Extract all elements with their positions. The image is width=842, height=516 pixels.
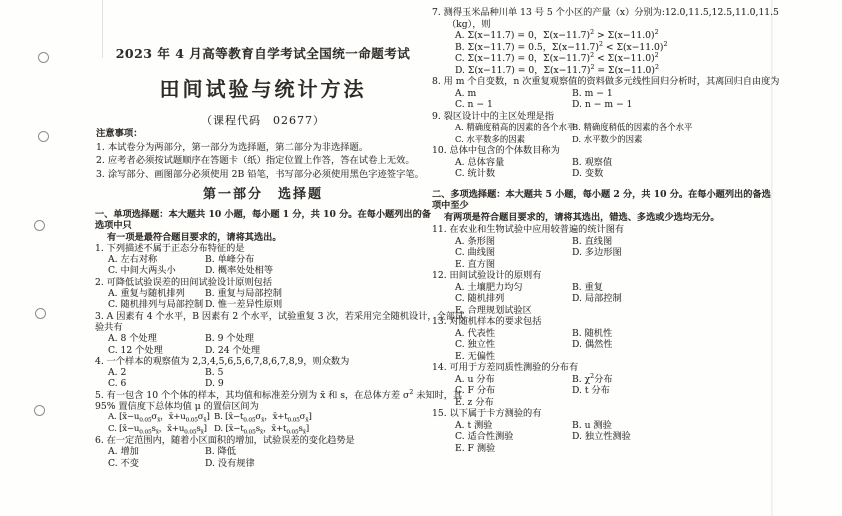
question-stem: 1. 下列描述不属于正态分布特征的是 <box>95 243 431 254</box>
option-list: A. 精确度稍高的因素的各个水平B. 精确度稍低的因素的各个水平C. 水平数多的… <box>432 122 773 145</box>
option-item: C. 曲线图 <box>455 247 572 259</box>
option-item: D. 多边形图 <box>572 247 773 259</box>
option-item: C. 不变 <box>108 458 205 469</box>
option-list: A. mB. m − 1C. n − 1D. n − m − 1 <box>432 88 773 111</box>
option-item: A. 代表性 <box>455 328 572 340</box>
binder-hole <box>38 131 49 142</box>
question-stem: 12. 田间试验设计的原则有 <box>432 270 773 282</box>
question-stem: 13. 对随机样本的要求包括 <box>432 316 773 328</box>
question-item: 3. A 因素有 4 个水平，B 因素有 2 个水平，试验重复 3 次，若采用完… <box>95 311 431 356</box>
option-list: A. 条形图B. 直线图C. 曲线图D. 多边形图E. 直方图 <box>432 236 773 271</box>
question-stem: 8. 用 m 个自变数，n 次重复观察值的资料做多元线性回归分析时，其离回归自由… <box>432 76 773 88</box>
question-stem: 14. 可用于方差同质性测验的分布有 <box>432 362 773 374</box>
option-item: C. 适合性测验 <box>455 431 572 443</box>
binder-hole <box>34 220 45 231</box>
option-item: A. 2 <box>108 367 205 378</box>
section-heading: 二、多项选择题：本大题共 5 小题，每小题 2 分，共 10 分。在每小题列出的… <box>432 189 773 224</box>
question-stem: （kg），则 <box>432 19 773 31</box>
option-item: D. 概率处处相等 <box>205 265 431 276</box>
option-item: A. 总体容量 <box>455 157 572 169</box>
option-list: A. 代表性B. 随机性C. 独立性D. 偶然性E. 无偏性 <box>432 328 773 363</box>
option-item: D. t 分布 <box>572 385 773 397</box>
question-stem: 验共有 <box>95 322 431 333</box>
option-item: B. 重复 <box>572 282 773 294</box>
question-item: 10. 总体中包含的个体数目称为A. 总体容量B. 观察值C. 统计数D. 变数 <box>432 145 773 180</box>
question-stem: 15. 以下属于卡方测验的有 <box>432 408 773 420</box>
question-item: 6. 在一定范围内，随着小区面积的增加，试验误差的变化趋势是A. 增加B. 降低… <box>95 435 431 469</box>
option-item: B. 重复与局部控制 <box>205 288 431 299</box>
option-item: D. n − m − 1 <box>572 99 773 111</box>
option-item: A. 条形图 <box>455 236 572 248</box>
option-item: A. m <box>455 88 572 100</box>
option-item: B. u 测验 <box>572 420 773 432</box>
section-heading-line: 有两项是符合题目要求的，请将其选出，错选、多选或少选均无分。 <box>432 212 773 224</box>
option-list: A. 8 个处理B. 9 个处理C. 12 个处理D. 24 个处理 <box>95 333 431 356</box>
option-item: D. 9 <box>205 378 431 389</box>
option-item: A. 8 个处理 <box>108 333 205 344</box>
option-item: C. 独立性 <box>455 339 572 351</box>
question-item: 11. 在农业和生物试验中应用较普遍的统计图有A. 条形图B. 直线图C. 曲线… <box>432 224 773 270</box>
option-item: A. [x̄−u0.05σx̄，x̄+u0.05σx̄] <box>108 412 214 423</box>
section-heading-line: 一、单项选择题：本大题共 10 小题，每小题 1 分，共 10 分。在每小题列出… <box>95 209 431 232</box>
option-item: B. Σ(x−11.7) = 0.5，Σ(x−11.7)2 < Σ(x−11.0… <box>455 42 773 54</box>
exam-notes: 注意事项： 1. 本试卷分为两部分，第一部分为选择题，第二部分为非选择题。 2.… <box>96 127 436 181</box>
option-list: A. u 分布B. χ2分布C. F 分布D. t 分布E. z 分布 <box>432 374 773 409</box>
option-item: D. Σ(x−11.7) = 0，Σ(x−11.7)2 = Σ(x−11.0)2 <box>455 65 773 77</box>
section-heading-line: 二、多项选择题：本大题共 5 小题，每小题 2 分，共 10 分。在每小题列出的… <box>432 189 773 212</box>
question-item: 13. 对随机样本的要求包括A. 代表性B. 随机性C. 独立性D. 偶然性E.… <box>432 316 773 362</box>
option-item: E. 合理规划试验区 <box>455 305 773 317</box>
course-code: （课程代码 02677） <box>95 112 431 128</box>
section-heading: 一、单项选择题：本大题共 10 小题，每小题 1 分，共 10 分。在每小题列出… <box>95 209 431 243</box>
paper-header: 2023 年 4 月高等教育自学考试全国统一命题考试 田间试验与统计方法 （课程… <box>95 44 431 128</box>
option-item: B. 5 <box>205 367 431 378</box>
option-item: C. F 分布 <box>455 385 572 397</box>
option-item: B. 单峰分布 <box>205 254 431 265</box>
option-item: C. n − 1 <box>455 99 572 111</box>
option-item: A. 精确度稍高的因素的各个水平 <box>455 122 572 134</box>
option-item: A. 重复与随机排列 <box>108 288 205 299</box>
option-item: C. Σ(x−11.7) = 0，Σ(x−11.7)2 < Σ(x−11.0)2 <box>455 53 773 65</box>
question-item: 5. 有一包含 10 个个体的样本，其均值和标准差分别为 x̄ 和 s，在总体方… <box>95 390 431 435</box>
option-item: C. 6 <box>108 378 205 389</box>
option-item: D. 没有规律 <box>205 458 431 469</box>
option-item: C. 中间大两头小 <box>108 265 205 276</box>
option-item: C. 随机排列 <box>455 293 572 305</box>
left-column: 一、单项选择题：本大题共 10 小题，每小题 1 分，共 10 分。在每小题列出… <box>95 209 431 469</box>
question-item: 9. 裂区设计中的主区处理是指A. 精确度稍高的因素的各个水平B. 精确度稍低的… <box>432 111 773 146</box>
binder-hole <box>34 405 45 416</box>
option-item: B. χ2分布 <box>572 374 773 386</box>
note-item: 1. 本试卷分为两部分，第一部分为选择题，第二部分为非选择题。 <box>96 141 436 154</box>
option-item: B. 直线图 <box>572 236 773 248</box>
option-list: A. 增加B. 降低C. 不变D. 没有规律 <box>95 446 431 469</box>
option-item: A. t 测验 <box>455 420 572 432</box>
exam-subject-title: 田间试验与统计方法 <box>95 73 431 102</box>
binder-hole <box>35 308 46 319</box>
notes-label: 注意事项： <box>96 127 436 140</box>
option-item: B. 随机性 <box>572 328 773 340</box>
note-item: 2. 应考者必须按试题顺序在答题卡（纸）指定位置上作答，答在试卷上无效。 <box>96 154 436 167</box>
option-item: D. 局部控制 <box>572 293 773 305</box>
option-item: B. [x̄−t0.05σx̄，x̄+t0.05σx̄] <box>214 412 431 423</box>
option-list: A. 2B. 5C. 6D. 9 <box>95 367 431 390</box>
question-stem: 11. 在农业和生物试验中应用较普遍的统计图有 <box>432 224 773 236</box>
part1-heading: 第一部分 选择题 <box>95 183 431 202</box>
exam-paper-page: 2023 年 4 月高等教育自学考试全国统一命题考试 田间试验与统计方法 （课程… <box>0 0 842 516</box>
question-stem: 4. 一个样本的观察值为 2,3,4,5,6,5,6,7,8,6,7,8,9，则… <box>95 356 431 367</box>
question-stem: 3. A 因素有 4 个水平，B 因素有 2 个水平，试验重复 3 次，若采用完… <box>95 311 431 322</box>
option-list: A. [x̄−u0.05σx̄，x̄+u0.05σx̄]B. [x̄−t0.05… <box>95 412 431 435</box>
question-item: 4. 一个样本的观察值为 2,3,4,5,6,5,6,7,8,6,7,8,9，则… <box>95 356 431 390</box>
option-item: B. m − 1 <box>572 88 773 100</box>
question-item: 2. 可降低试验误差的田间试验设计原则包括A. 重复与随机排列B. 重复与局部控… <box>95 277 431 311</box>
option-item: B. 精确度稍低的因素的各个水平 <box>572 122 773 134</box>
option-item: A. Σ(x−11.7) = 0，Σ(x−11.7)2 > Σ(x−11.0)2 <box>455 30 773 42</box>
option-item: A. u 分布 <box>455 374 572 386</box>
option-item: B. 降低 <box>205 446 431 457</box>
option-item: E. z 分布 <box>455 397 773 409</box>
option-item: C. 统计数 <box>455 168 572 180</box>
option-item: C. 12 个处理 <box>108 345 205 356</box>
question-item: 15. 以下属于卡方测验的有A. t 测验B. u 测验C. 适合性测验D. 独… <box>432 408 773 454</box>
section-heading-line: 有一项是最符合题目要求的，请将其选出。 <box>95 232 431 243</box>
option-item: E. 直方图 <box>455 259 773 271</box>
option-item: A. 左右对称 <box>108 254 205 265</box>
option-item: C. 随机排列与局部控制 <box>108 299 205 310</box>
option-item: B. 观察值 <box>572 157 773 169</box>
question-item: 14. 可用于方差同质性测验的分布有A. u 分布B. χ2分布C. F 分布D… <box>432 362 773 408</box>
question-stem: 9. 裂区设计中的主区处理是指 <box>432 111 773 123</box>
question-item: 8. 用 m 个自变数，n 次重复观察值的资料做多元线性回归分析时，其离回归自由… <box>432 76 773 111</box>
option-item: C. [x̄−u0.05sx̄，x̄+u0.05sx̄] <box>108 424 214 435</box>
option-item: E. F 测验 <box>455 443 773 455</box>
binder-hole <box>38 52 49 63</box>
option-item: D. [x̄−t0.05sx̄，x̄+t0.05sx̄] <box>214 424 431 435</box>
option-item: D. 偶然性 <box>572 339 773 351</box>
question-stem: 5. 有一包含 10 个个体的样本，其均值和标准差分别为 x̄ 和 s，在总体方… <box>95 390 431 401</box>
option-list: A. 左右对称B. 单峰分布C. 中间大两头小D. 概率处处相等 <box>95 254 431 277</box>
option-list: A. 总体容量B. 观察值C. 统计数D. 变数 <box>432 157 773 180</box>
question-stem: 2. 可降低试验误差的田间试验设计原则包括 <box>95 277 431 288</box>
option-item: A. 增加 <box>108 446 205 457</box>
option-item: D. 惟一差异性原则 <box>205 299 431 310</box>
right-column: 7. 测得玉米品种川单 13 号 5 个小区的产量（x）分别为:12.0,11.… <box>432 7 773 454</box>
option-item: D. 24 个处理 <box>205 345 431 356</box>
option-list: A. 土壤肥力均匀B. 重复C. 随机排列D. 局部控制E. 合理规划试验区 <box>432 282 773 317</box>
note-item: 3. 涂写部分、画图部分必须使用 2B 铅笔，书写部分必须使用黑色字迹签字笔。 <box>96 168 436 181</box>
option-item: D. 水平数少的因素 <box>572 134 773 146</box>
option-item: D. 独立性测验 <box>572 431 773 443</box>
question-stem: 95% 置信度下总体均值 μ 的置信区间为 <box>95 401 431 412</box>
option-list: A. 重复与随机排列B. 重复与局部控制C. 随机排列与局部控制D. 惟一差异性… <box>95 288 431 311</box>
exam-session-title: 2023 年 4 月高等教育自学考试全国统一命题考试 <box>95 44 431 62</box>
option-item: C. 水平数多的因素 <box>455 134 572 146</box>
option-item: E. 无偏性 <box>455 351 773 363</box>
question-item: 1. 下列描述不属于正态分布特征的是A. 左右对称B. 单峰分布C. 中间大两头… <box>95 243 431 277</box>
question-item: 7. 测得玉米品种川单 13 号 5 个小区的产量（x）分别为:12.0,11.… <box>432 7 773 76</box>
question-item: 12. 田间试验设计的原则有A. 土壤肥力均匀B. 重复C. 随机排列D. 局部… <box>432 270 773 316</box>
option-list: A. t 测验B. u 测验C. 适合性测验D. 独立性测验E. F 测验 <box>432 420 773 455</box>
question-stem: 10. 总体中包含的个体数目称为 <box>432 145 773 157</box>
option-item: D. 变数 <box>572 168 773 180</box>
option-item: B. 9 个处理 <box>205 333 431 344</box>
question-stem: 6. 在一定范围内，随着小区面积的增加，试验误差的变化趋势是 <box>95 435 431 446</box>
question-stem: 7. 测得玉米品种川单 13 号 5 个小区的产量（x）分别为:12.0,11.… <box>432 7 773 19</box>
option-list: A. Σ(x−11.7) = 0，Σ(x−11.7)2 > Σ(x−11.0)2… <box>432 30 773 76</box>
option-item: A. 土壤肥力均匀 <box>455 282 572 294</box>
